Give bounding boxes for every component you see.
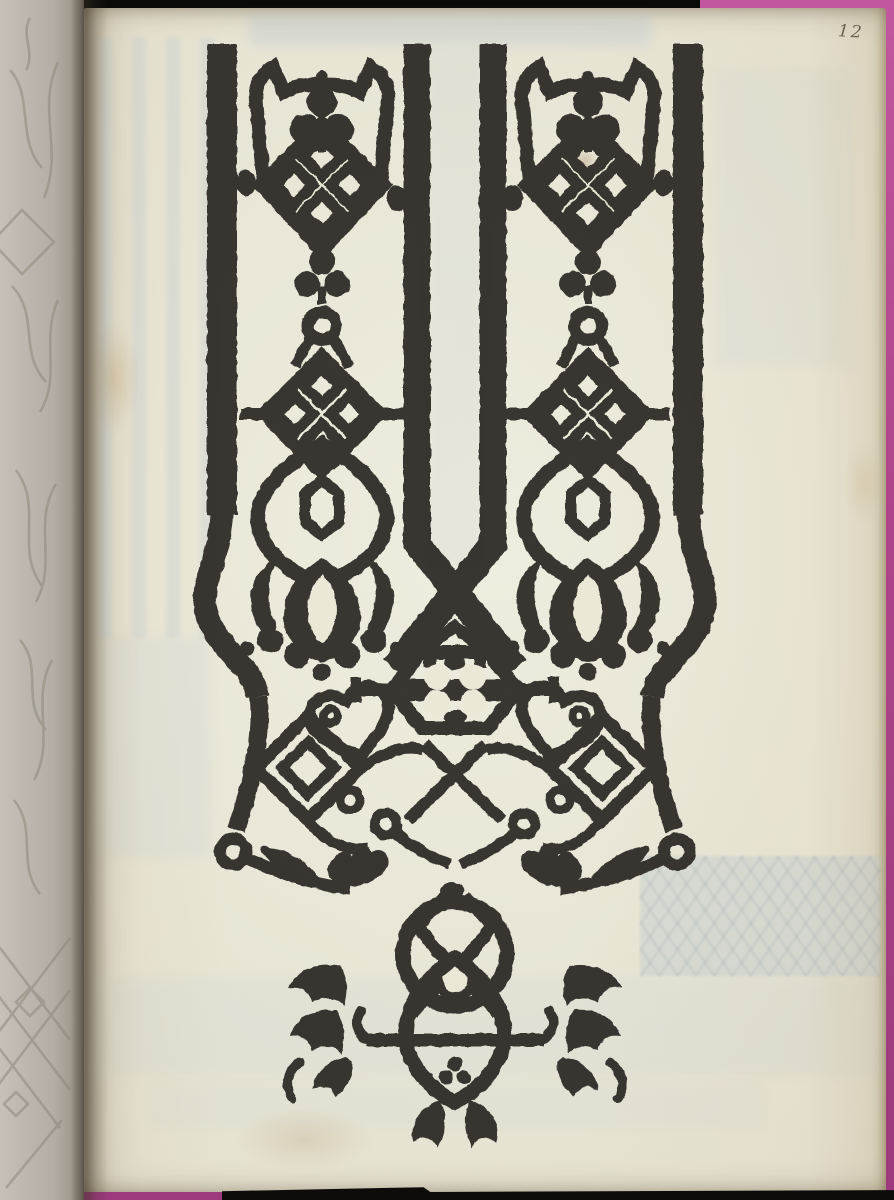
book-page: 12 bbox=[84, 8, 886, 1192]
woodcut-pattern bbox=[84, 8, 886, 1192]
fore-edge-pattern-showthrough bbox=[0, 0, 84, 1200]
bottom-pendant bbox=[366, 958, 544, 1102]
photographed-book-page: 12 bbox=[0, 0, 894, 1200]
book-fore-edge-pages bbox=[0, 0, 84, 1200]
